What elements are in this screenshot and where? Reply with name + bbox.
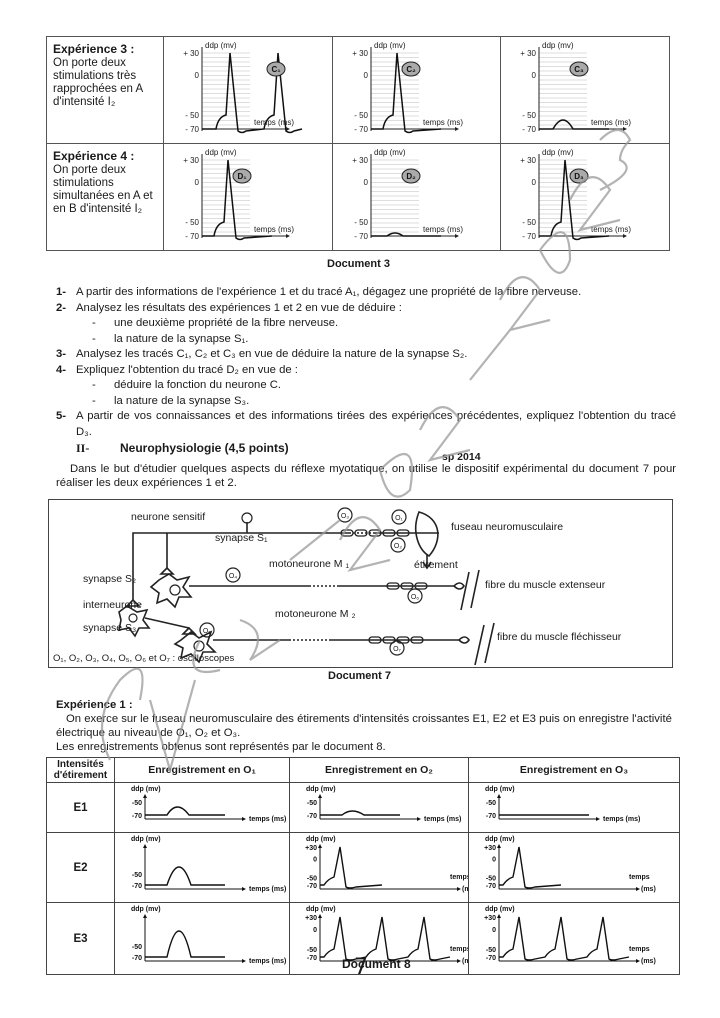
document-8-table: Intensités d'étirement Enregistrement en… xyxy=(46,757,680,975)
label-motoneuron-m1: motoneurone M ₁ xyxy=(269,558,349,570)
svg-text:-50: -50 xyxy=(132,872,142,879)
section-title-text: Neurophysiologie (4,5 points) xyxy=(120,441,289,455)
experience-4-title: Expérience 4 : xyxy=(53,149,134,163)
graph-e3-o3: ddp (mv)temps(ms)+300-50-70 xyxy=(469,903,680,975)
graph-d1: + 300- 50- 70ddp (mv)temps (ms)D₁ xyxy=(164,144,333,251)
label-extensor-muscle-fiber: fibre du muscle extenseur xyxy=(485,579,605,591)
graph-d2: + 300- 50- 70ddp (mv)temps (ms)D₂ xyxy=(332,144,501,251)
section-roman: II- xyxy=(76,441,120,456)
question-4-sub-1: -déduire la fonction du neurone C. xyxy=(56,378,676,394)
question-number: 3- xyxy=(56,347,76,363)
oscilloscope-legend: O₁, O₂, O₃, O₄, O₅, O₆ et O₇ : oscillosc… xyxy=(53,653,234,664)
question-number: 5- xyxy=(56,409,76,440)
header-o1: Enregistrement en O₁ xyxy=(115,758,290,783)
svg-text:temps (ms): temps (ms) xyxy=(603,816,640,823)
svg-text:C₂: C₂ xyxy=(406,65,416,74)
svg-text:O₆: O₆ xyxy=(411,594,419,601)
svg-text:0: 0 xyxy=(313,856,317,863)
graph-e2-o1: ddp (mv)temps (ms)-50-70 xyxy=(115,833,290,903)
svg-text:-50: -50 xyxy=(486,947,496,954)
svg-text:ddp (mv): ddp (mv) xyxy=(542,148,574,157)
label-flexor-muscle-fiber: fibre du muscle fléchisseur xyxy=(497,631,621,643)
label-synapse-s2: synapse S₂ xyxy=(83,573,136,585)
svg-text:-70: -70 xyxy=(307,955,317,962)
dash: - xyxy=(92,394,114,410)
svg-text:temps (ms): temps (ms) xyxy=(591,225,631,234)
svg-text:(ms): (ms) xyxy=(462,958,468,965)
experience-1-block: Expérience 1 : On exerce sur le fuseau n… xyxy=(56,698,681,754)
svg-text:-50: -50 xyxy=(486,875,496,882)
svg-text:-70: -70 xyxy=(486,955,496,962)
experience-3-title: Expérience 3 : xyxy=(53,42,134,56)
svg-text:ddp (mv): ddp (mv) xyxy=(131,786,161,793)
question-5: 5-A partir de vos connaissances et des i… xyxy=(56,409,676,440)
question-number: 2- xyxy=(56,301,76,317)
dash: - xyxy=(92,332,114,348)
svg-text:temps (ms): temps (ms) xyxy=(591,118,631,127)
svg-text:ddp (mv): ddp (mv) xyxy=(205,41,237,50)
svg-text:+ 30: + 30 xyxy=(521,49,537,58)
header-o3: Enregistrement en O₃ xyxy=(469,758,680,783)
dash: - xyxy=(92,378,114,394)
svg-text:0: 0 xyxy=(195,178,200,187)
label-synapse-s3: synapse S₃ xyxy=(83,622,136,634)
experience-3-description: Expérience 3 : On porte deux stimulation… xyxy=(47,37,164,144)
label-stretch: étirement xyxy=(414,559,458,571)
experience-1-result-text: Les enregistrements obtenus sont représe… xyxy=(56,740,681,754)
svg-text:C₁: C₁ xyxy=(271,65,281,74)
label-interneuron: interneurone xyxy=(83,599,142,611)
svg-text:temps: temps xyxy=(629,874,650,881)
svg-text:-50: -50 xyxy=(132,800,142,807)
question-1: 1-A partir des informations de l'expérie… xyxy=(56,285,676,301)
svg-text:D₃: D₃ xyxy=(575,172,585,181)
svg-text:ddp (mv): ddp (mv) xyxy=(374,148,406,157)
graph-c3: + 300- 50- 70ddp (mv)temps (ms)C₃ xyxy=(501,37,670,144)
svg-text:-50: -50 xyxy=(307,875,317,882)
question-number: 1- xyxy=(56,285,76,301)
svg-text:- 70: - 70 xyxy=(354,232,368,241)
svg-text:ddp (mv): ddp (mv) xyxy=(485,786,515,793)
sub-text: la nature de la synapse S₁. xyxy=(114,332,248,348)
svg-text:ddp (mv): ddp (mv) xyxy=(485,836,515,843)
label-synapse-s1: synapse S₁ xyxy=(215,532,268,544)
svg-text:temps (ms): temps (ms) xyxy=(254,225,294,234)
graph-e2-o2: ddp (mv)temps(ms)+300-50-70 xyxy=(290,833,469,903)
svg-text:ddp (mv): ddp (mv) xyxy=(205,148,237,157)
label-motoneuron-m2: motoneurone M ₂ xyxy=(275,608,356,620)
questions-list: 1-A partir des informations de l'expérie… xyxy=(56,285,676,440)
graph-c1: + 300- 50- 70ddp (mv)temps (ms)C₁ xyxy=(164,37,333,144)
label-neuromuscular-spindle: fuseau neuromusculaire xyxy=(451,521,563,533)
graph-e1-o3: ddp (mv)temps (ms)-50-70 xyxy=(469,783,680,833)
svg-text:O₃: O₃ xyxy=(341,513,349,520)
svg-text:temps (ms): temps (ms) xyxy=(254,118,294,127)
svg-text:O₁: O₁ xyxy=(395,515,403,522)
svg-text:- 70: - 70 xyxy=(185,125,199,134)
svg-text:temps (ms): temps (ms) xyxy=(423,118,463,127)
svg-text:O₅: O₅ xyxy=(203,628,211,635)
experience-3-text: On porte deux stimulations très rapproch… xyxy=(53,57,143,108)
experience-1-title: Expérience 1 : xyxy=(56,698,681,712)
svg-text:+ 30: + 30 xyxy=(183,49,199,58)
svg-text:- 70: - 70 xyxy=(523,232,537,241)
svg-text:-70: -70 xyxy=(132,955,142,962)
svg-text:ddp (mv): ddp (mv) xyxy=(131,906,161,913)
intensity-e2: E2 xyxy=(47,833,115,903)
svg-text:- 50: - 50 xyxy=(185,111,199,120)
question-4: 4-Expliquez l'obtention du tracé D₂ en v… xyxy=(56,363,676,379)
graph-e3-o1: ddp (mv)temps (ms)-50-70 xyxy=(115,903,290,975)
dash: - xyxy=(92,316,114,332)
svg-text:0: 0 xyxy=(532,178,537,187)
svg-text:ddp (mv): ddp (mv) xyxy=(485,906,515,913)
svg-text:+ 30: + 30 xyxy=(521,156,537,165)
svg-text:-50: -50 xyxy=(307,947,317,954)
svg-text:ddp (mv): ddp (mv) xyxy=(131,836,161,843)
svg-text:temps (ms): temps (ms) xyxy=(423,225,463,234)
svg-text:0: 0 xyxy=(313,927,317,934)
svg-text:-70: -70 xyxy=(132,813,142,820)
svg-text:- 50: - 50 xyxy=(354,111,368,120)
question-4-sub-2: -la nature de la synapse S₃. xyxy=(56,394,676,410)
svg-text:+30: +30 xyxy=(484,915,496,922)
svg-text:- 70: - 70 xyxy=(185,232,199,241)
svg-text:C₃: C₃ xyxy=(575,65,585,74)
svg-text:ddp (mv): ddp (mv) xyxy=(306,786,336,793)
svg-text:0: 0 xyxy=(492,927,496,934)
svg-text:temps (ms): temps (ms) xyxy=(249,886,286,893)
svg-text:+30: +30 xyxy=(484,845,496,852)
svg-text:-50: -50 xyxy=(307,800,317,807)
question-2: 2-Analysez les résultats des expériences… xyxy=(56,301,676,317)
question-text: A partir des informations de l'expérienc… xyxy=(76,285,581,301)
svg-text:0: 0 xyxy=(363,71,368,80)
graph-e1-o1: ddp (mv)temps (ms)-50-70 xyxy=(115,783,290,833)
svg-text:- 50: - 50 xyxy=(354,218,368,227)
svg-text:D₁: D₁ xyxy=(237,172,247,181)
svg-text:- 70: - 70 xyxy=(523,125,537,134)
svg-text:(ms): (ms) xyxy=(641,886,656,893)
svg-text:-50: -50 xyxy=(132,944,142,951)
svg-text:-70: -70 xyxy=(307,883,317,890)
graph-c2: + 300- 50- 70ddp (mv)temps (ms)C₂ xyxy=(332,37,501,144)
svg-text:(ms): (ms) xyxy=(462,886,468,893)
svg-text:0: 0 xyxy=(532,71,537,80)
svg-text:- 50: - 50 xyxy=(523,111,537,120)
question-3: 3-Analysez les tracés C₁, C₂ et C₃ en vu… xyxy=(56,347,676,363)
graph-e2-o3: ddp (mv)temps(ms)+300-50-70 xyxy=(469,833,680,903)
svg-text:-70: -70 xyxy=(486,883,496,890)
svg-text:- 70: - 70 xyxy=(354,125,368,134)
document-8-caption: Document 8 xyxy=(342,957,411,971)
svg-text:+30: +30 xyxy=(305,915,317,922)
question-text: Expliquez l'obtention du tracé D₂ en vue… xyxy=(76,363,298,379)
svg-text:-70: -70 xyxy=(132,883,142,890)
svg-text:temps: temps xyxy=(450,946,468,953)
section-2-title: II-Neurophysiologie (4,5 points) xyxy=(76,441,289,456)
document-3-caption: Document 3 xyxy=(327,258,390,270)
document-7-diagram: O₃ O₁ O₂ O₄ O₅ O₆ O₇ neurone sensitif sy… xyxy=(48,499,673,668)
graph-e1-o2: ddp (mv)temps (ms)-50-70 xyxy=(290,783,469,833)
svg-text:+ 30: + 30 xyxy=(183,156,199,165)
graph-d3: + 300- 50- 70ddp (mv)temps (ms)D₃ xyxy=(501,144,670,251)
svg-text:ddp (mv): ddp (mv) xyxy=(306,836,336,843)
svg-text:ddp (mv): ddp (mv) xyxy=(306,906,336,913)
document-7-caption: Document 7 xyxy=(328,670,391,682)
svg-text:temps (ms): temps (ms) xyxy=(424,816,461,823)
section-2-intro: Dans le but d'étudier quelques aspects d… xyxy=(56,462,676,490)
svg-text:temps: temps xyxy=(450,874,468,881)
svg-text:O₇: O₇ xyxy=(393,646,401,653)
svg-text:+30: +30 xyxy=(305,845,317,852)
svg-text:ddp (mv): ddp (mv) xyxy=(374,41,406,50)
svg-text:-50: -50 xyxy=(486,800,496,807)
question-number: 4- xyxy=(56,363,76,379)
svg-text:0: 0 xyxy=(492,856,496,863)
svg-text:0: 0 xyxy=(195,71,200,80)
question-text: Analysez les tracés C₁, C₂ et C₃ en vue … xyxy=(76,347,467,363)
header-intensity: Intensités d'étirement xyxy=(47,758,115,783)
svg-text:- 50: - 50 xyxy=(523,218,537,227)
intensity-e1: E1 xyxy=(47,783,115,833)
experience-4-text: On porte deux stimulations simultanées e… xyxy=(53,164,153,215)
svg-text:O₂: O₂ xyxy=(394,543,402,550)
svg-text:temps (ms): temps (ms) xyxy=(249,958,286,965)
svg-text:0: 0 xyxy=(363,178,368,187)
sub-text: déduire la fonction du neurone C. xyxy=(114,378,281,394)
svg-text:+ 30: + 30 xyxy=(352,49,368,58)
header-o2: Enregistrement en O₂ xyxy=(290,758,469,783)
question-text: A partir de vos connaissances et des inf… xyxy=(76,409,676,440)
experience-1-text: On exerce sur le fuseau neuromusculaire … xyxy=(56,712,681,740)
label-sensory-neuron: neurone sensitif xyxy=(131,511,205,523)
intensity-e3: E3 xyxy=(47,903,115,975)
handwritten-page-number: 7 xyxy=(354,955,368,980)
question-text: Analysez les résultats des expériences 1… xyxy=(76,301,402,317)
svg-text:- 50: - 50 xyxy=(185,218,199,227)
experience-4-description: Expérience 4 : On porte deux stimulation… xyxy=(47,144,164,251)
svg-text:+ 30: + 30 xyxy=(352,156,368,165)
svg-text:ddp (mv): ddp (mv) xyxy=(542,41,574,50)
document-3-table: Expérience 3 : On porte deux stimulation… xyxy=(46,36,670,251)
svg-text:D₂: D₂ xyxy=(406,172,416,181)
sub-text: une deuxième propriété de la fibre nerve… xyxy=(114,316,338,332)
svg-text:(ms): (ms) xyxy=(641,958,656,965)
question-2-sub-1: -une deuxième propriété de la fibre nerv… xyxy=(56,316,676,332)
svg-text:temps (ms): temps (ms) xyxy=(249,816,286,823)
svg-text:-70: -70 xyxy=(486,813,496,820)
svg-text:O₄: O₄ xyxy=(229,573,237,580)
sub-text: la nature de la synapse S₃. xyxy=(114,394,249,410)
question-2-sub-2: -la nature de la synapse S₁. xyxy=(56,332,676,348)
svg-text:-70: -70 xyxy=(307,813,317,820)
svg-text:temps: temps xyxy=(629,946,650,953)
